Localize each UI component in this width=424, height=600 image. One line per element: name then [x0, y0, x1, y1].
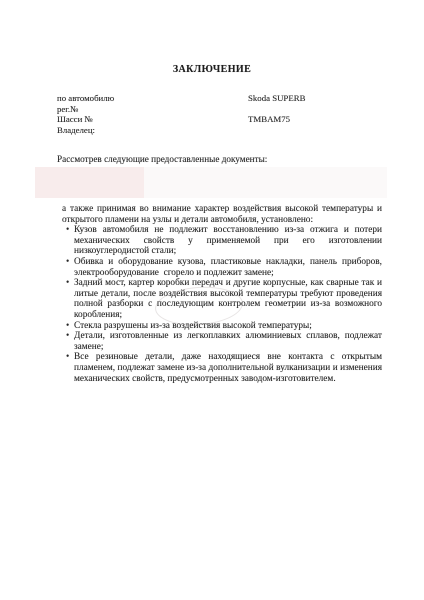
finding-item: • Стекла разрушены из-за воздействия выс… — [62, 321, 382, 332]
vehicle-header-fields: по автомобилю Skoda SUPERB рег.№ Шасси №… — [57, 93, 377, 136]
documents-reviewed-line: Рассмотрев следующие предоставленные док… — [57, 154, 267, 165]
bullet-marker: • — [66, 278, 69, 289]
finding-item: • Обивка и оборудование кузова, пластико… — [62, 257, 382, 278]
header-field-label: Владелец: — [57, 125, 248, 136]
finding-text: Обивка и оборудование кузова, пластиковы… — [74, 257, 382, 278]
header-field-value — [248, 125, 377, 136]
header-field-label: Шасси № — [57, 114, 248, 125]
bullet-marker: • — [66, 225, 69, 236]
scanned-document-page: ЗАКЛЮЧЕНИЕ по автомобилю Skoda SUPERB ре… — [0, 0, 424, 600]
finding-text: Стекла разрушены из-за воздействия высок… — [74, 321, 312, 331]
finding-text: Задний мост, картер коробки передач и др… — [74, 278, 382, 320]
bullet-marker: • — [66, 331, 69, 342]
header-field-row: по автомобилю Skoda SUPERB — [57, 93, 377, 104]
finding-item: • Все резиновые детали, даже находящиеся… — [62, 352, 382, 384]
finding-text: Детали, изготовленные из легкоплавких ал… — [74, 331, 382, 352]
header-field-value — [248, 104, 377, 115]
header-field-label: рег.№ — [57, 104, 248, 115]
header-field-row: Владелец: — [57, 125, 377, 136]
header-field-value: TMBAM75 — [248, 114, 377, 125]
document-title: ЗАКЛЮЧЕНИЕ — [0, 64, 424, 75]
redacted-pink-block — [35, 167, 144, 198]
header-field-value: Skoda SUPERB — [248, 93, 377, 104]
conclusion-intro-paragraph: а также принимая во внимание характер во… — [62, 204, 382, 225]
conclusion-body: а также принимая во внимание характер во… — [62, 204, 382, 384]
findings-list: • Кузов автомобиля не подлежит восстанов… — [62, 225, 382, 384]
bullet-marker: • — [66, 352, 69, 363]
finding-item: • Задний мост, картер коробки передач и … — [62, 278, 382, 320]
bullet-marker: • — [66, 321, 69, 332]
header-field-row: Шасси № TMBAM75 — [57, 114, 377, 125]
finding-item: • Кузов автомобиля не подлежит восстанов… — [62, 225, 382, 257]
finding-text: Кузов автомобиля не подлежит восстановле… — [74, 225, 382, 256]
bullet-marker: • — [66, 257, 69, 268]
header-field-row: рег.№ — [57, 104, 377, 115]
header-field-label: по автомобилю — [57, 93, 248, 104]
finding-item: • Детали, изготовленные из легкоплавких … — [62, 331, 382, 352]
finding-text: Все резиновые детали, даже находящиеся в… — [74, 352, 382, 383]
